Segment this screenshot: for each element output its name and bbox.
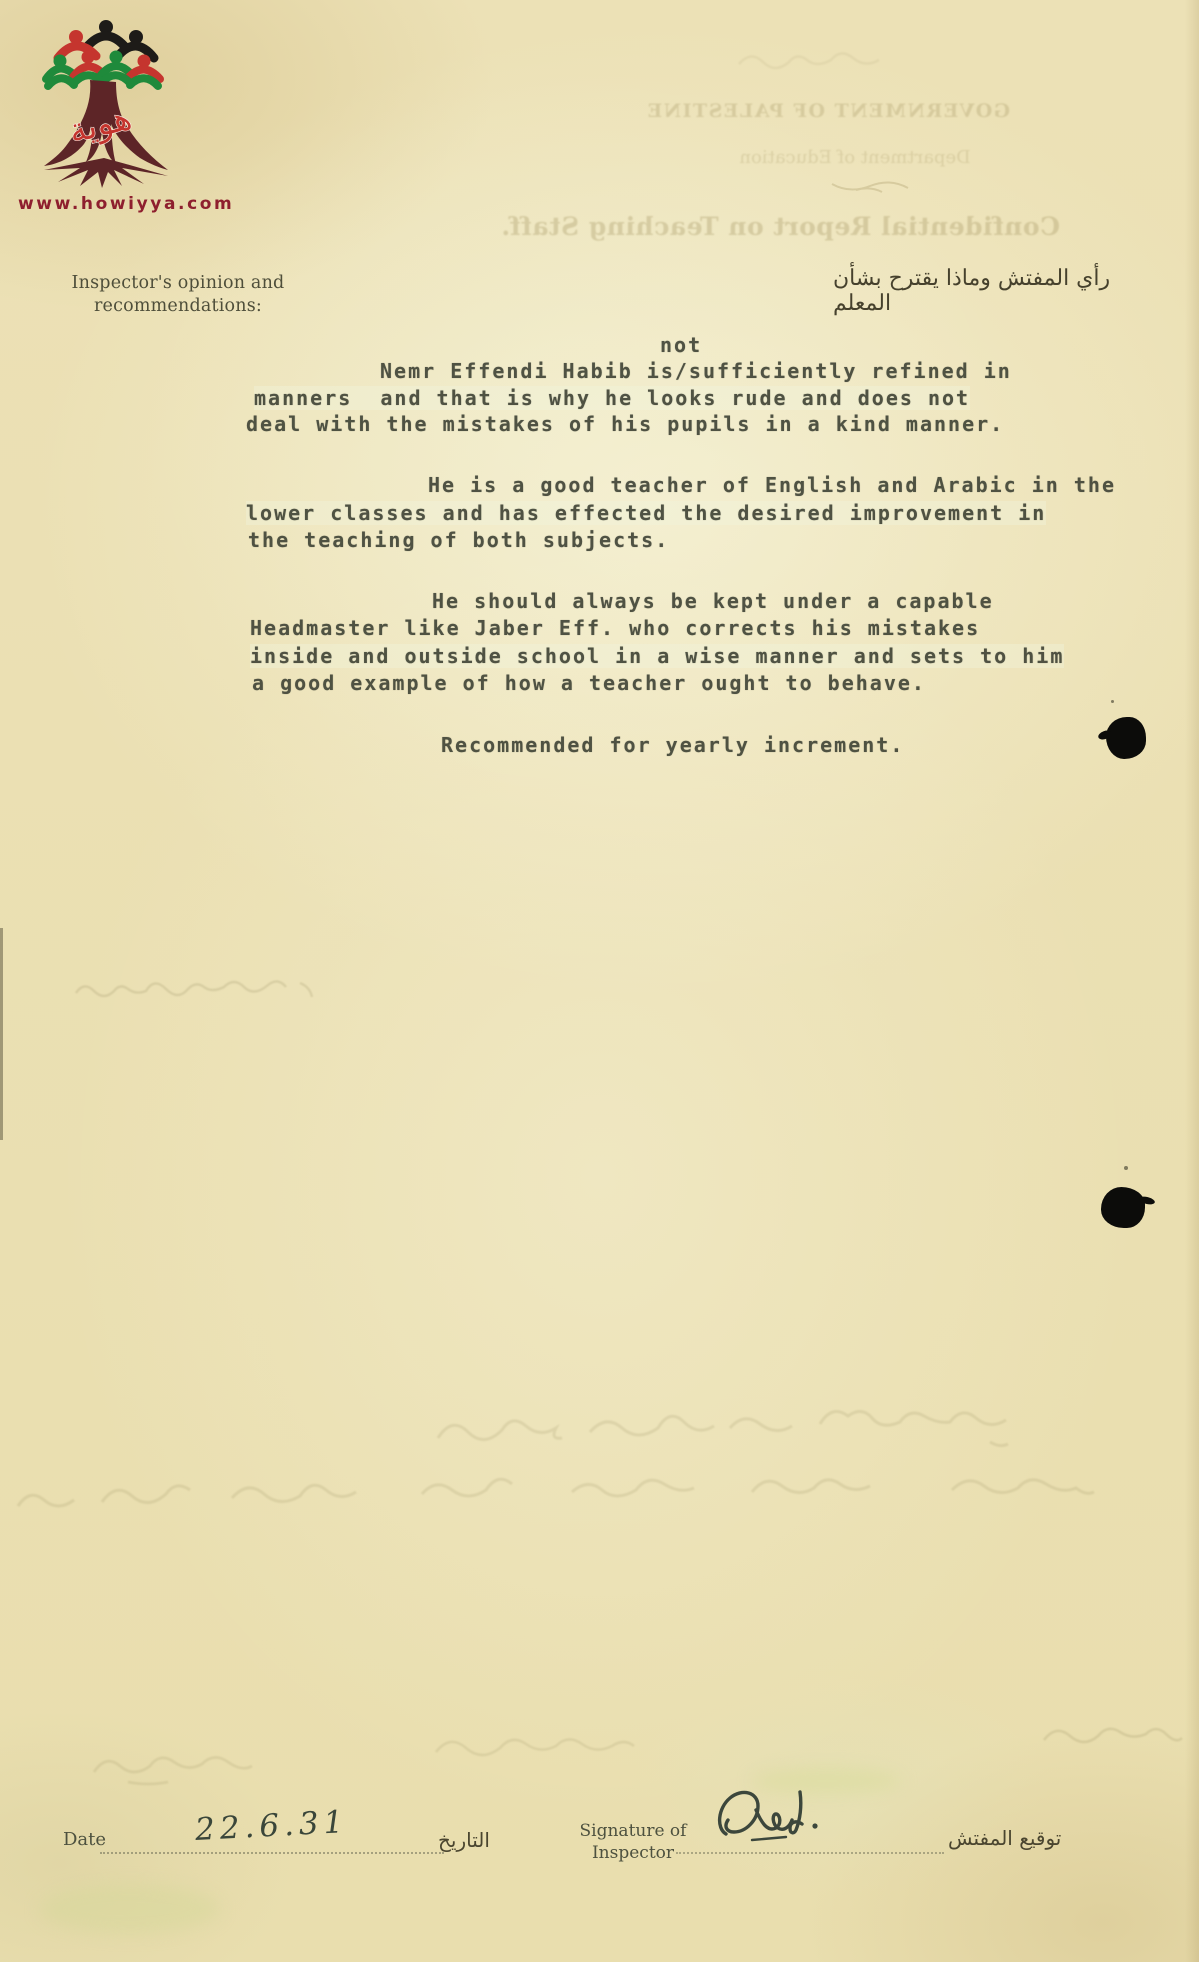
inspector-signature-script xyxy=(712,1784,842,1858)
bleedthrough-flourish-icon xyxy=(830,176,910,196)
report-line: deal with the mistakes of his pupils in … xyxy=(246,412,1004,436)
scan-edge-shade xyxy=(1185,0,1199,1962)
bleedthrough-handwriting-row xyxy=(430,1398,1090,1456)
report-line: manners and that is why he looks rude an… xyxy=(254,386,970,410)
date-fill-line xyxy=(100,1852,444,1854)
scan-edge-sliver xyxy=(0,928,3,1140)
scanned-document-page: هوية www.howiyya.com GOVERNMENT OF PALES… xyxy=(0,0,1199,1962)
howiyya-tree-logo-icon: هوية xyxy=(40,16,174,192)
bleedthrough-handwriting-mark xyxy=(1038,1716,1188,1752)
report-line: a good example of how a teacher ought to… xyxy=(252,671,926,695)
inspectors-opinion-label-arabic: رأي المفتش وماذا يقترح بشأن المعلم xyxy=(833,266,1173,316)
ink-blot-lower xyxy=(1101,1187,1145,1228)
bleedthrough-handwriting-mark xyxy=(70,975,335,1005)
inspectors-opinion-label-line1: Inspector's opinion and xyxy=(48,272,308,295)
watermark-url: www.howiyya.com xyxy=(18,194,248,214)
report-inserted-word: not xyxy=(660,333,702,357)
report-line: He should always be kept under a capable xyxy=(432,589,994,613)
report-line: Headmaster like Jaber Eff. who corrects … xyxy=(250,616,980,640)
date-label-arabic: التاريخ xyxy=(438,1828,490,1852)
paper-stain xyxy=(40,1884,220,1934)
bleedthrough-government-line: GOVERNMENT OF PALESTINE xyxy=(700,100,1010,122)
bleedthrough-handwriting-row xyxy=(12,1462,1172,1522)
signature-of-inspector-label: Signature of Inspector xyxy=(578,1820,688,1864)
report-line: inside and outside school in a wise mann… xyxy=(250,644,1064,668)
report-line: Nemr Effendi Habib is/sufficiently refin… xyxy=(380,359,1012,383)
date-handwritten-value: 22.6.31 xyxy=(194,1804,349,1848)
ink-speck xyxy=(1124,1166,1128,1170)
report-line: the teaching of both subjects. xyxy=(248,528,669,552)
inspectors-opinion-label-line2: recommendations: xyxy=(48,295,308,318)
date-label: Date xyxy=(63,1829,106,1850)
ink-blot-upper xyxy=(1106,717,1146,759)
ink-speck xyxy=(1111,700,1114,703)
bleedthrough-confidential-title: Confidential Report on Teaching Staff. xyxy=(548,212,1060,241)
inspectors-opinion-label: Inspector's opinion and recommendations: xyxy=(48,272,308,318)
signature-label-arabic: توقيع المفتش xyxy=(948,1826,1061,1850)
report-closing-line: Recommended for yearly increment. xyxy=(441,733,904,757)
bleedthrough-handwriting-mark xyxy=(88,1744,258,1786)
bleedthrough-handwriting-mark xyxy=(430,1726,660,1762)
report-line: lower classes and has effected the desir… xyxy=(246,501,1046,525)
signature-label-line1: Signature of xyxy=(578,1820,688,1842)
bleedthrough-handwriting-mark xyxy=(735,48,885,74)
signature-label-line2: Inspector xyxy=(578,1842,688,1864)
bleedthrough-department-line: Department of Education xyxy=(715,147,995,168)
report-line: He is a good teacher of English and Arab… xyxy=(428,473,1116,497)
